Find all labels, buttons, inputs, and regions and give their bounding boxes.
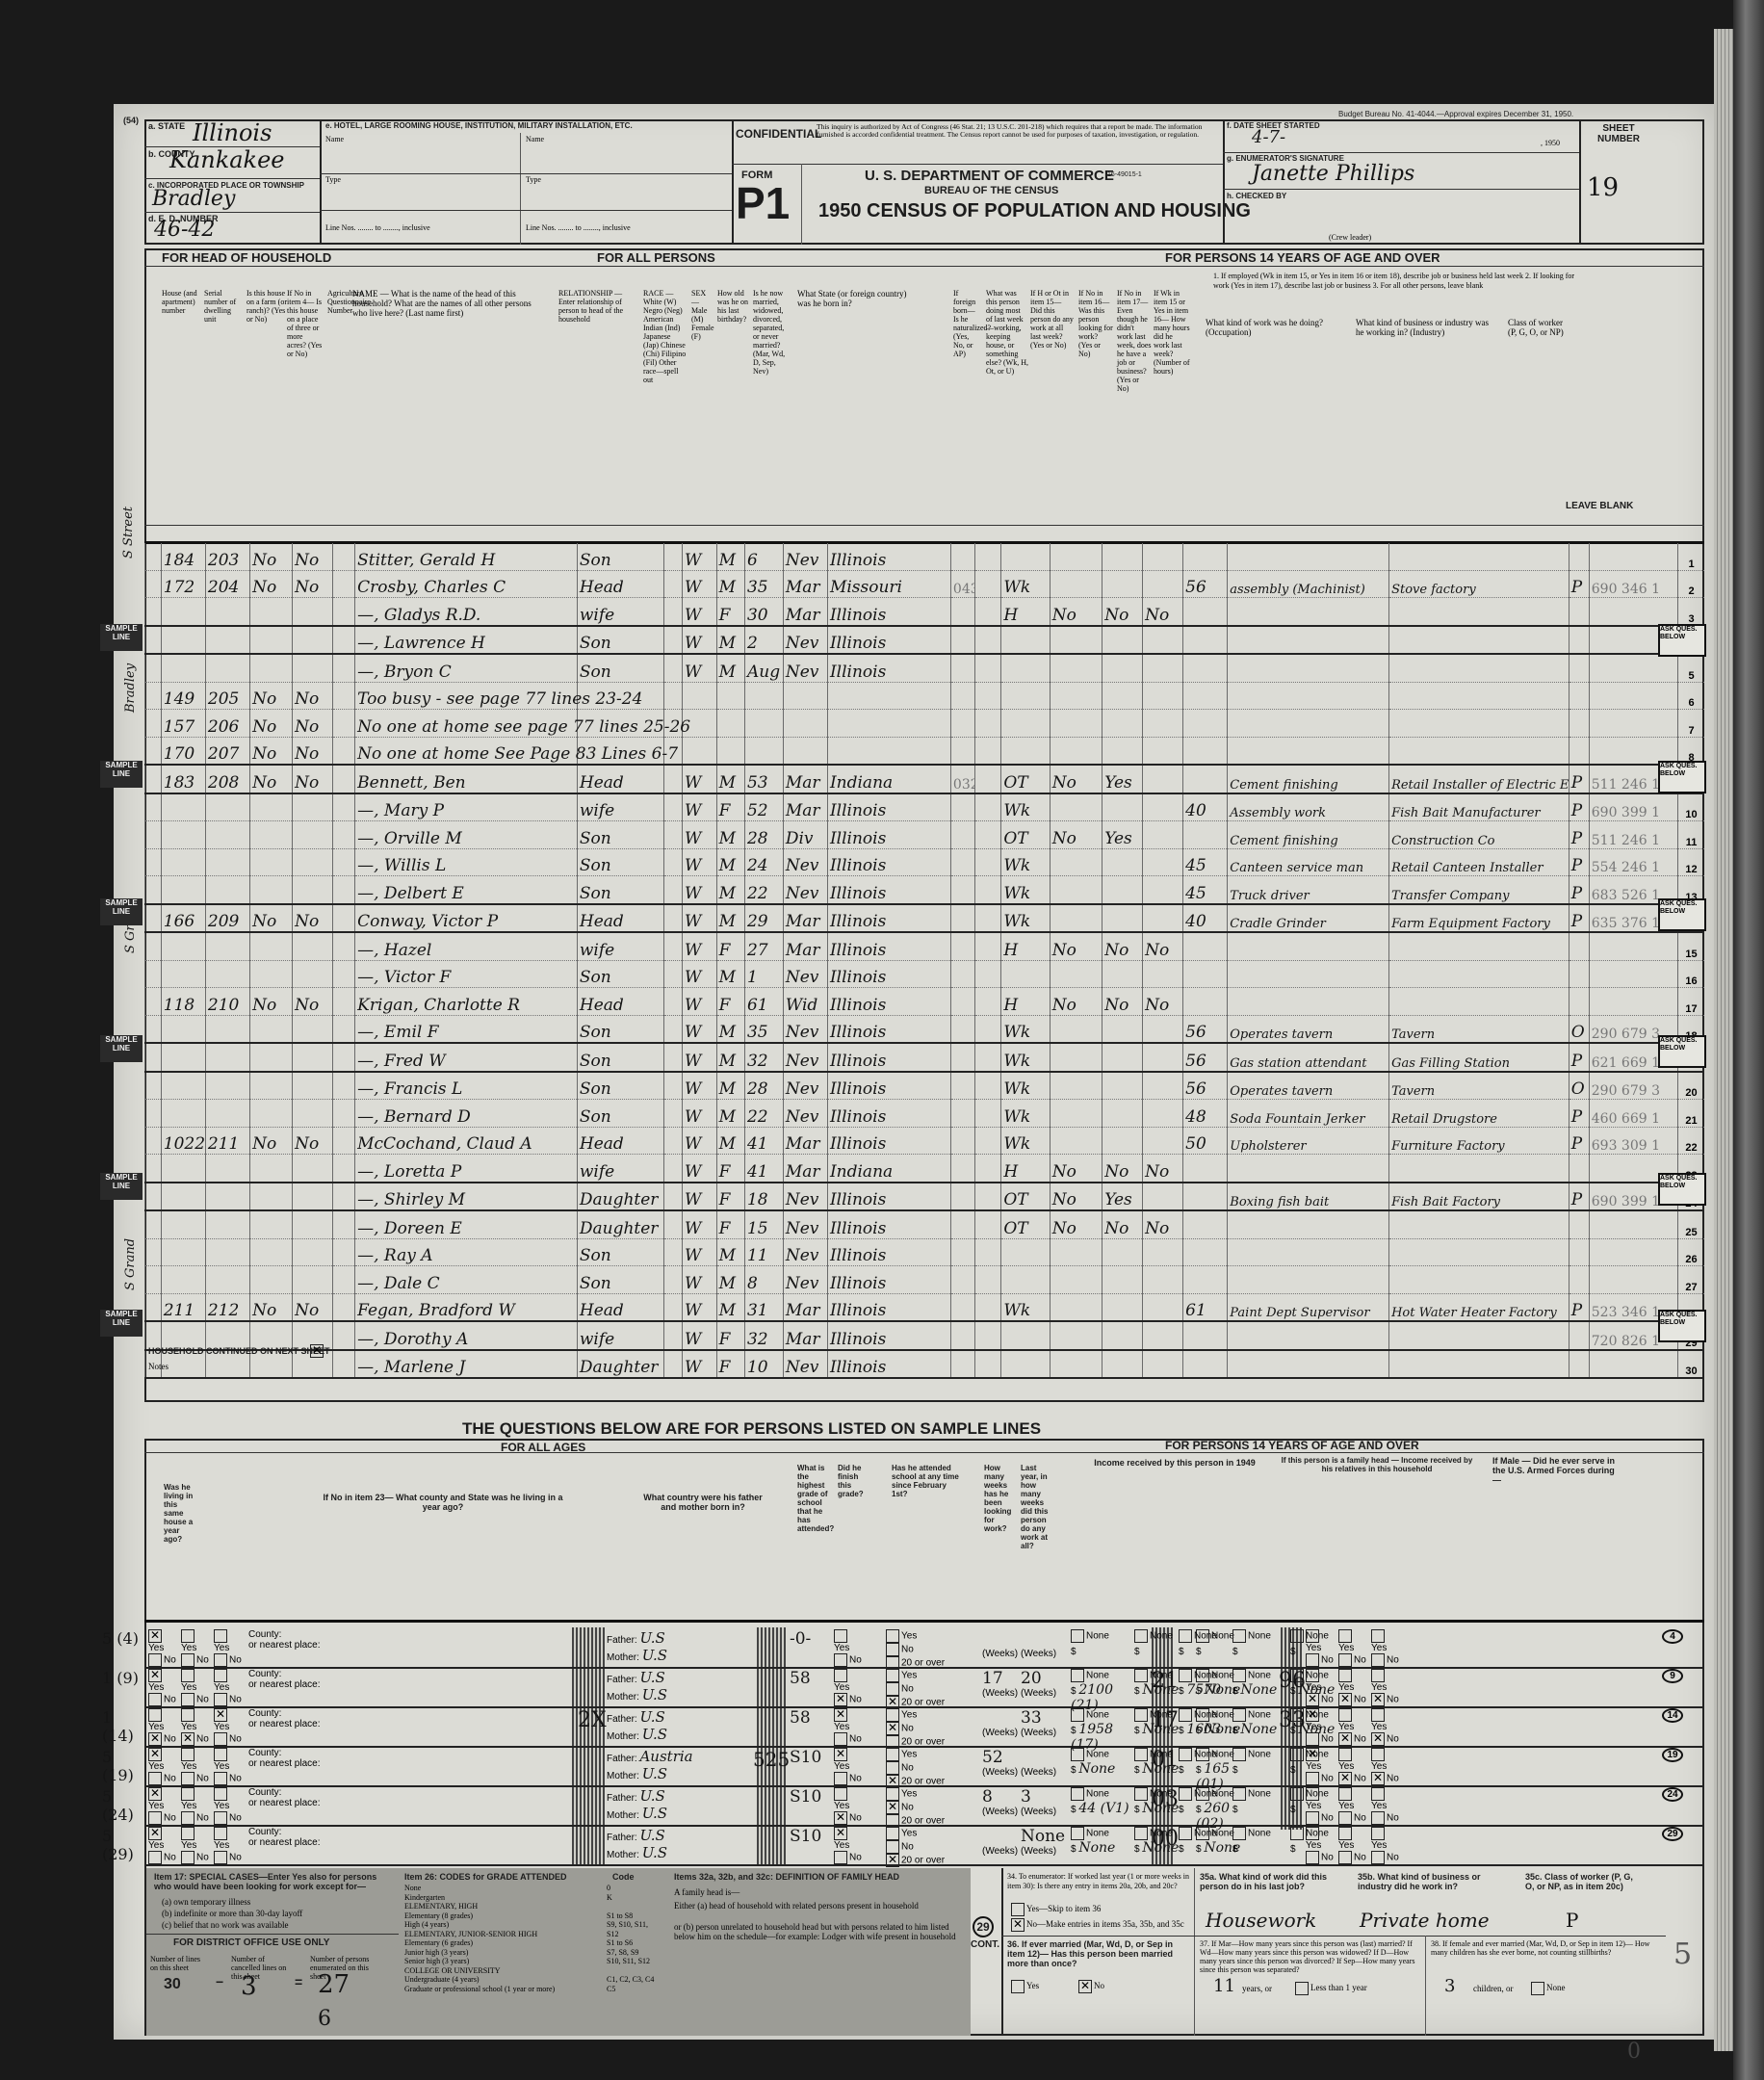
cell-house	[161, 960, 205, 988]
q27-checkbox[interactable]: Yes✕No	[834, 1787, 865, 1825]
extra-mark: 6	[318, 2007, 331, 2031]
q23-checkbox[interactable]: YesNo	[214, 1629, 245, 1667]
cell-line: 2	[1678, 570, 1704, 598]
q33c-checkbox[interactable]: Yes✕No	[1371, 1748, 1402, 1785]
q32-header: If this person is a family head — Income…	[1281, 1456, 1473, 1473]
cell-house: 172	[161, 570, 205, 598]
q24a-field[interactable]: County:or nearest place:	[248, 1629, 345, 1651]
table-row: —, Dale CSonWM8NevIllinois27	[145, 1266, 1705, 1294]
cell-serial	[205, 1210, 249, 1238]
q22-checkbox[interactable]: YesNo	[181, 1827, 212, 1864]
cell-c15	[1001, 737, 1050, 765]
cell-birthplace: Illinois	[827, 876, 950, 904]
cell-a	[664, 1155, 683, 1183]
q38-value: 3	[1444, 1976, 1455, 1996]
cell-farm: No	[250, 682, 293, 710]
cell-street	[145, 821, 162, 849]
cell-marital: Nev	[783, 543, 827, 570]
cell-acres	[293, 1155, 333, 1183]
cell-serial	[205, 626, 249, 655]
cell-race: W	[682, 904, 716, 933]
cell-house: 183	[161, 765, 205, 793]
q29-weeks[interactable]: (Weeks)	[982, 1708, 1017, 1738]
cell-c18	[1143, 1293, 1183, 1321]
cell-c18	[1143, 848, 1183, 876]
col-2-header: House (and apartment) number	[162, 289, 202, 315]
cell-agq	[333, 654, 355, 682]
cell-occ	[1228, 1321, 1389, 1350]
q31a-income[interactable]: None$ 44 (V1)	[1071, 1787, 1138, 1816]
cell-birthplace: Illinois	[827, 1238, 950, 1266]
col-19-header: If Wk in item 15 or Yes in item 16— How …	[1154, 289, 1190, 376]
grade-code-item: Junior high (3 years)S7, S8, S9	[404, 1948, 655, 1958]
q25-parents: Father: AustriaMother: U.S	[607, 1748, 722, 1782]
col-10-header: SEX — Male (M) Female (F)	[691, 289, 714, 341]
q23-checkbox[interactable]: YesNo	[214, 1827, 245, 1864]
cell-c15: Wk	[1001, 876, 1050, 904]
q33a-checkbox[interactable]: YesNo	[1306, 1787, 1336, 1825]
q36-text: 36. If ever married (Mar, Wd, D, or Sep …	[1007, 1939, 1190, 1968]
cell-occ: Cradle Grinder	[1228, 904, 1389, 933]
q27-checkbox[interactable]: YesNo	[834, 1629, 865, 1667]
q33c-checkbox[interactable]: YesNo	[1371, 1629, 1402, 1667]
cell-agq	[333, 1266, 355, 1294]
cell-code_b	[950, 1210, 974, 1238]
cell-c15: Wk	[1001, 793, 1050, 821]
cell-rel: Son	[577, 876, 663, 904]
cell-acres: No	[293, 1293, 333, 1321]
q22-checkbox[interactable]: Yes✕No	[181, 1708, 212, 1746]
cell-a	[664, 1127, 683, 1155]
q21-checkbox[interactable]: Yes✕No	[148, 1708, 179, 1746]
cell-sex: M	[716, 1015, 744, 1043]
cell-acres	[293, 654, 333, 682]
q30-weeks[interactable]: 3(Weeks)	[1021, 1787, 1059, 1817]
q22-checkbox[interactable]: YesNo	[181, 1748, 212, 1785]
cell-farm: No	[250, 988, 293, 1016]
grade-code-value: 0	[607, 1884, 610, 1893]
district-office-title: FOR DISTRICT OFFICE USE ONLY	[173, 1937, 329, 1948]
cell-cls: O	[1569, 1072, 1589, 1100]
q33a-checkbox[interactable]: ✕YesNo	[1306, 1708, 1336, 1746]
cell-marital	[783, 737, 827, 765]
sample-section-title: THE QUESTIONS BELOW ARE FOR PERSONS LIST…	[462, 1419, 1041, 1439]
cell-code_b: 043	[950, 570, 974, 598]
cell-name: —, Ray A	[355, 1238, 578, 1266]
cell-a	[664, 821, 683, 849]
table-row: —, Marlene JDaughterWF10NevIllinois30	[145, 1350, 1705, 1379]
cell-marital: Mar	[783, 793, 827, 821]
cell-name: —, Fred W	[355, 1043, 578, 1072]
budget-note: Budget Bureau No. 41-4044.—Approval expi…	[1338, 110, 1573, 118]
q33c-checkbox[interactable]: Yes✕No	[1371, 1708, 1402, 1746]
cell-line: 11	[1678, 821, 1704, 849]
cell-rel: Son	[577, 1266, 663, 1294]
cell-street	[145, 904, 162, 933]
q21-checkbox[interactable]: ✕YesNo	[148, 1629, 179, 1667]
q22-checkbox[interactable]: YesNo	[181, 1787, 212, 1825]
lines-on-sheet-label: Number of lines on this sheet	[150, 1955, 208, 1972]
cell-cls: P	[1569, 1293, 1589, 1321]
cell-name: —, Victor F	[355, 960, 578, 988]
q29-weeks[interactable]: (Weeks)	[982, 1629, 1017, 1659]
cell-farm: No	[250, 1127, 293, 1155]
cell-hours: 50	[1183, 1127, 1228, 1155]
cell-hours: 45	[1183, 876, 1228, 904]
q28-checkbox[interactable]: YesNo✕20 or over	[886, 1748, 963, 1788]
street-note-1: S Street	[121, 507, 136, 559]
cell-serial	[205, 1266, 249, 1294]
col-16-header: If H or Ot in item 15— Did this person d…	[1030, 289, 1075, 350]
q31a-income[interactable]: None$ None	[1071, 1748, 1138, 1777]
cell-rel: wife	[577, 598, 663, 626]
cell-c16	[1050, 848, 1102, 876]
cell-c15: Wk	[1001, 904, 1050, 933]
q21-checkbox[interactable]: ✕YesNo	[148, 1827, 179, 1864]
cell-house: 166	[161, 904, 205, 933]
cell-house	[161, 654, 205, 682]
q21-checkbox[interactable]: ✕YesNo	[148, 1669, 179, 1706]
cell-line: 12	[1678, 848, 1704, 876]
q33-header: If Male — Did he ever serve in the U.S. …	[1492, 1456, 1618, 1485]
cell-age: 18	[744, 1183, 783, 1211]
cell-hours	[1183, 710, 1228, 738]
cell-birthplace: Illinois	[827, 1183, 950, 1211]
cell-occ: assembly (Machinist)	[1228, 570, 1389, 598]
date-year: , 1950	[1541, 139, 1560, 147]
q31a-income[interactable]: None$ None	[1071, 1827, 1138, 1856]
cell-name: Bennett, Ben	[355, 765, 578, 793]
q23-checkbox[interactable]: YesNo	[214, 1669, 245, 1706]
cell-c18	[1143, 1100, 1183, 1128]
cell-a	[664, 1015, 683, 1043]
q29-weeks[interactable]: (Weeks)	[982, 1827, 1017, 1857]
minus-sign: −	[216, 1974, 223, 1989]
grade-code-label: ELEMENTARY, JUNIOR-SENIOR HIGH	[404, 1930, 537, 1938]
cell-race: W	[682, 1238, 716, 1266]
q28-checkbox[interactable]: Yes✕No20 or over	[886, 1708, 963, 1749]
cell-c14	[975, 1321, 1001, 1350]
cell-c17: No	[1102, 932, 1143, 960]
cell-marital: Nev	[783, 1100, 827, 1128]
cell-c14	[975, 904, 1001, 933]
cell-sex: F	[716, 598, 744, 626]
cell-c17: Yes	[1102, 765, 1143, 793]
q38-text: 38. If female and ever married (Mar, Wd,…	[1431, 1939, 1662, 1957]
cell-c15	[1001, 710, 1050, 738]
q23-checkbox[interactable]: YesNo	[214, 1787, 245, 1825]
cell-birthplace	[827, 710, 950, 738]
cell-c18	[1143, 654, 1183, 682]
q29-weeks[interactable]: 8(Weeks)	[982, 1787, 1017, 1817]
q28-checkbox[interactable]: YesNo20 or over	[886, 1629, 963, 1670]
cell-farm	[250, 598, 293, 626]
cell-c16	[1050, 1100, 1102, 1128]
cell-farm	[250, 848, 293, 876]
q32b-income[interactable]: None$	[1232, 1787, 1290, 1816]
sample-line-tag: SAMPLE LINE	[100, 1173, 143, 1200]
cell-code_b	[950, 848, 974, 876]
cell-marital: Wid	[783, 988, 827, 1016]
cell-name: Fegan, Bradford W	[355, 1293, 578, 1321]
cell-agq	[333, 1238, 355, 1266]
cell-birthplace: Illinois	[827, 1350, 950, 1379]
cell-race	[682, 737, 716, 765]
cell-c16	[1050, 1072, 1102, 1100]
cell-birthplace: Illinois	[827, 626, 950, 655]
q27-checkbox[interactable]: Yes✕No	[834, 1669, 865, 1706]
cell-occ	[1228, 960, 1389, 988]
cell-c18	[1143, 876, 1183, 904]
cell-serial	[205, 821, 249, 849]
cell-sex: F	[716, 1155, 744, 1183]
cell-cls: P	[1569, 1100, 1589, 1128]
sample-line-tag: SAMPLE LINE	[100, 624, 143, 651]
q30-weeks[interactable]: (Weeks)	[1021, 1748, 1059, 1778]
col-20c-header: Class of worker (P, G, O, or NP)	[1508, 318, 1566, 337]
cell-a	[664, 598, 683, 626]
cell-c18	[1143, 1072, 1183, 1100]
cell-sex: M	[716, 876, 744, 904]
q33a-checkbox[interactable]: YesNo	[1306, 1629, 1336, 1667]
q21-checkbox[interactable]: ✕YesNo	[148, 1787, 179, 1825]
q28-checkbox[interactable]: YesNo✕20 or over	[886, 1669, 963, 1709]
cell-serial	[205, 932, 249, 960]
cell-line: 7	[1678, 710, 1704, 738]
checked-by-label: h. CHECKED BY	[1227, 192, 1286, 200]
cell-birthplace: Illinois	[827, 1127, 950, 1155]
q30-weeks[interactable]: (Weeks)	[1021, 1629, 1059, 1659]
q33b-checkbox[interactable]: YesNo	[1338, 1827, 1369, 1864]
cell-cls: P	[1569, 876, 1589, 904]
q27-checkbox[interactable]: ✕YesNo	[834, 1827, 865, 1864]
cell-c17: No	[1102, 1210, 1143, 1238]
q32b-income[interactable]: None$	[1232, 1827, 1290, 1856]
cell-c18	[1143, 1321, 1183, 1350]
cell-c18	[1143, 710, 1183, 738]
q33b-checkbox[interactable]: YesNo	[1338, 1629, 1369, 1667]
cell-c18	[1143, 960, 1183, 988]
cell-cls	[1569, 1266, 1589, 1294]
household-continued-checkbox[interactable]: ✕	[310, 1344, 324, 1358]
q27-checkbox[interactable]: ✕YesNo	[834, 1708, 865, 1746]
cell-c14	[975, 821, 1001, 849]
cell-c18: No	[1143, 1210, 1183, 1238]
q34-no-option[interactable]: ✕No—Make entries in items 35a, 35b, and …	[1011, 1918, 1184, 1932]
cell-birthplace	[827, 737, 950, 765]
cell-rel: Head	[577, 988, 663, 1016]
cell-age: 24	[744, 848, 783, 876]
q37-less-option[interactable]: Less than 1 year	[1295, 1982, 1367, 1995]
cell-sex	[716, 710, 744, 738]
cell-race: W	[682, 1183, 716, 1211]
q28-checkbox[interactable]: Yes✕No20 or over	[886, 1787, 963, 1828]
q24a-field[interactable]: County:or nearest place:	[248, 1787, 345, 1808]
q33c-checkbox[interactable]: YesNo	[1371, 1787, 1402, 1825]
cell-a	[664, 848, 683, 876]
cell-sex: F	[716, 1183, 744, 1211]
cell-c16	[1050, 904, 1102, 933]
cell-hours: 56	[1183, 1043, 1228, 1072]
cell-age: 31	[744, 1293, 783, 1321]
cell-agq	[333, 710, 355, 738]
sample-line-number: 5 (29)	[102, 1827, 141, 1863]
q21-checkbox[interactable]: ✕YesNo	[148, 1748, 179, 1785]
q30-weeks[interactable]: 20(Weeks)	[1021, 1669, 1059, 1699]
cell-ind: Retail Installer of Electric Equipment	[1389, 765, 1569, 793]
cell-agq	[333, 737, 355, 765]
q33b-checkbox[interactable]: YesNo	[1338, 1787, 1369, 1825]
q36-yes-option[interactable]: Yes	[1011, 1980, 1039, 1993]
q32b-income[interactable]: None$	[1232, 1629, 1290, 1658]
cell-ind: Furniture Factory	[1389, 1127, 1569, 1155]
cell-rel: Son	[577, 654, 663, 682]
cell-serial: 207	[205, 737, 249, 765]
cell-birthplace: Illinois	[827, 1293, 950, 1321]
cell-a	[664, 960, 683, 988]
q24a-field[interactable]: County:or nearest place:	[248, 1708, 345, 1729]
cell-ind	[1389, 626, 1569, 655]
cell-c17	[1102, 570, 1143, 598]
cell-c17	[1102, 1321, 1143, 1350]
q29-weeks[interactable]: 52(Weeks)	[982, 1748, 1017, 1778]
cell-a	[664, 1238, 683, 1266]
cell-serial	[205, 960, 249, 988]
cell-sex: M	[716, 1266, 744, 1294]
cell-house	[161, 1210, 205, 1238]
q33b-checkbox[interactable]: Yes✕No	[1338, 1669, 1369, 1706]
cell-a	[664, 1321, 683, 1350]
q23-checkbox[interactable]: ✕YesNo	[214, 1708, 245, 1746]
cell-marital: Nev	[783, 848, 827, 876]
cell-name: —, Gladys R.D.	[355, 598, 578, 626]
cell-street	[145, 626, 162, 655]
hotel-label: e. HOTEL, LARGE ROOMING HOUSE, INSTITUTI…	[325, 121, 730, 130]
col-8-header: RELATIONSHIP — Enter relationship of per…	[558, 289, 636, 324]
cell-hours	[1183, 1238, 1228, 1266]
cell-c14	[975, 570, 1001, 598]
q33b-checkbox[interactable]: Yes✕No	[1338, 1708, 1369, 1746]
cell-age: 61	[744, 988, 783, 1016]
cell-birthplace: Illinois	[827, 848, 950, 876]
cell-c15: H	[1001, 932, 1050, 960]
cell-ind	[1389, 1266, 1569, 1294]
cell-house: 1022	[161, 1127, 205, 1155]
q29-weeks[interactable]: 17(Weeks)	[982, 1669, 1017, 1699]
table-row: 166209NoNoConway, Victor PHeadWM29MarIll…	[145, 904, 1705, 933]
col-14-header: If foreign born— Is he naturalized? (Yes…	[953, 289, 978, 358]
cell-street	[145, 960, 162, 988]
cell-c15: H	[1001, 988, 1050, 1016]
q33a-checkbox[interactable]: YesNo	[1306, 1827, 1336, 1864]
q31a-income[interactable]: None$	[1071, 1629, 1138, 1658]
q32b-income[interactable]: None$	[1232, 1748, 1290, 1777]
q24a-field[interactable]: County:or nearest place:	[248, 1669, 345, 1690]
q33a-checkbox[interactable]: ✕YesNo	[1306, 1748, 1336, 1785]
cell-street	[145, 1266, 162, 1294]
cell-name: —, Delbert E	[355, 876, 578, 904]
cell-agq	[333, 570, 355, 598]
cell-hours	[1183, 598, 1228, 626]
book-spine	[1733, 0, 1764, 2080]
q33a-checkbox[interactable]: Yes✕No	[1306, 1669, 1336, 1706]
col-11-header: How old was he on his last birthday?	[717, 289, 750, 324]
cell-hours: 40	[1183, 904, 1228, 933]
population-table: 184203NoNoStitter, Gerald HSonWM6NevIlli…	[144, 543, 1704, 1379]
q24a-field[interactable]: County:or nearest place:	[248, 1827, 345, 1848]
cell-code_b	[950, 710, 974, 738]
q24a-field[interactable]: County:or nearest place:	[248, 1748, 345, 1769]
q22-checkbox[interactable]: YesNo	[181, 1629, 212, 1667]
q28-checkbox[interactable]: YesNo✕20 or over	[886, 1827, 963, 1867]
cell-c16	[1050, 960, 1102, 988]
cell-race: W	[682, 932, 716, 960]
cell-hours: 56	[1183, 570, 1228, 598]
cell-a	[664, 1210, 683, 1238]
cell-street	[145, 1183, 162, 1211]
q30-weeks[interactable]: 33(Weeks)	[1021, 1708, 1059, 1738]
cell-race: W	[682, 626, 716, 655]
cell-street	[145, 682, 162, 710]
lines-on-sheet-value: 30	[164, 1976, 181, 1993]
cell-marital: Nev	[783, 1238, 827, 1266]
cell-a	[664, 1072, 683, 1100]
q33b-checkbox[interactable]: Yes✕No	[1338, 1748, 1369, 1785]
q33c-checkbox[interactable]: YesNo	[1371, 1827, 1402, 1864]
cell-farm	[250, 1266, 293, 1294]
cell-code_c	[1589, 682, 1677, 710]
q30-weeks[interactable]: None(Weeks)	[1021, 1827, 1059, 1857]
cell-occ	[1228, 1155, 1389, 1183]
q23-checkbox[interactable]: YesNo	[214, 1748, 245, 1785]
q22-checkbox[interactable]: YesNo	[181, 1669, 212, 1706]
q27-checkbox[interactable]: ✕YesNo	[834, 1748, 865, 1785]
cell-cls: O	[1569, 1015, 1589, 1043]
cell-c17	[1102, 848, 1143, 876]
cell-hours	[1183, 1266, 1228, 1294]
cell-sex	[716, 682, 744, 710]
cell-street	[145, 1155, 162, 1183]
cell-c15	[1001, 1350, 1050, 1379]
cell-code_b	[950, 1266, 974, 1294]
cell-street	[145, 654, 162, 682]
cell-code_c	[1589, 988, 1677, 1016]
col-9-header: RACE — White (W) Negro (Neg) American In…	[643, 289, 687, 384]
cell-name: —, Francis L	[355, 1072, 578, 1100]
cell-occ: Soda Fountain Jerker	[1228, 1100, 1389, 1128]
cell-code_b	[950, 876, 974, 904]
q38-none-option[interactable]: None	[1531, 1982, 1566, 1995]
cell-acres: No	[293, 737, 333, 765]
q34-yes-option[interactable]: Yes—Skip to item 36	[1011, 1903, 1101, 1916]
cell-code_c	[1589, 1350, 1677, 1379]
q33c-checkbox[interactable]: Yes✕No	[1371, 1669, 1402, 1706]
cell-occ	[1228, 543, 1389, 570]
cell-code_b	[950, 737, 974, 765]
cell-ind	[1389, 988, 1569, 1016]
cell-agq	[333, 876, 355, 904]
cell-house	[161, 1238, 205, 1266]
cell-c15	[1001, 1321, 1050, 1350]
cell-code_b	[950, 904, 974, 933]
section-all-persons: FOR ALL PERSONS	[597, 250, 715, 265]
q36-no-option[interactable]: ✕No	[1078, 1980, 1104, 1993]
grade-code-col-label: Code	[612, 1872, 635, 1882]
table-row: —, Emil FSonWM35NevIllinoisWk56Operates …	[145, 1015, 1705, 1043]
cell-street	[145, 1238, 162, 1266]
cell-sex: F	[716, 932, 744, 960]
cell-cls	[1569, 654, 1589, 682]
